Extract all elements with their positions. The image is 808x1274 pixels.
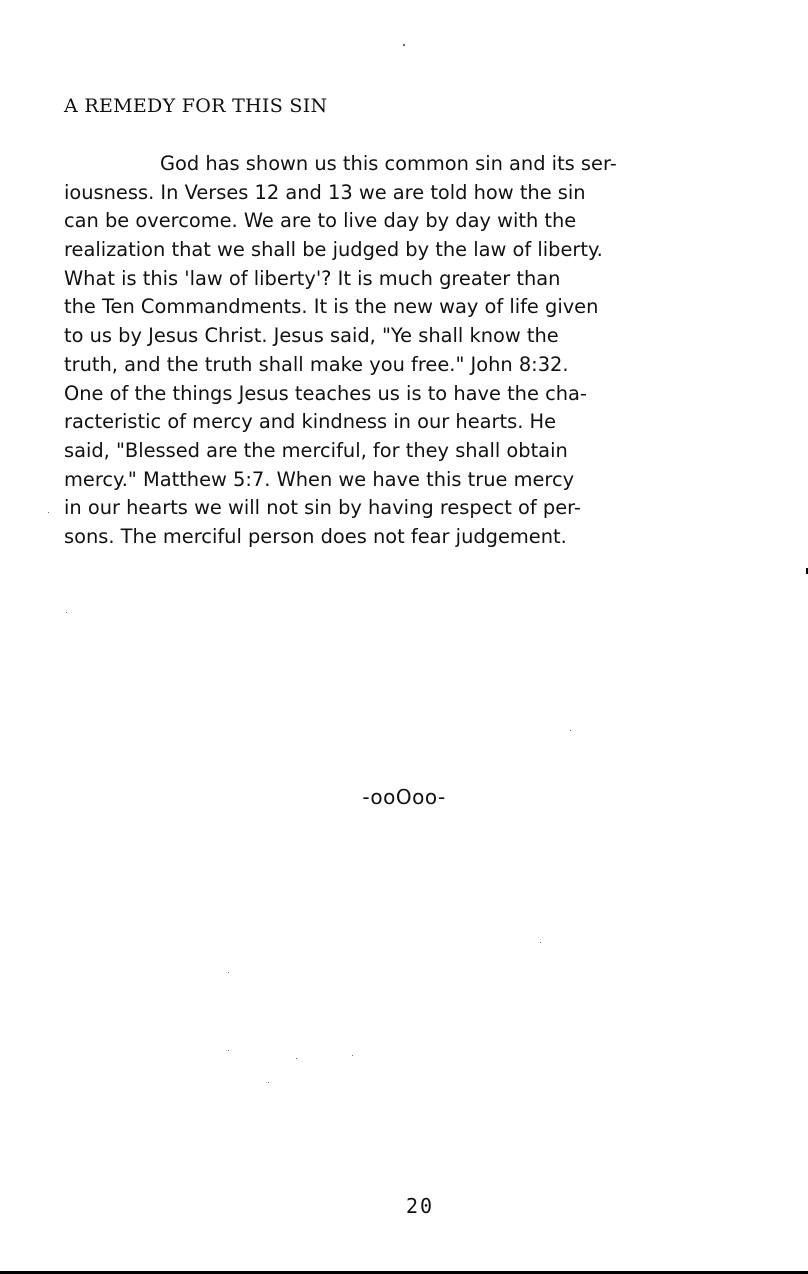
section-heading: A REMEDY FOR THIS SIN (64, 95, 327, 117)
body-line: the Ten Commandments. It is the new way … (64, 293, 754, 322)
body-line: sons. The merciful person does not fear … (64, 523, 754, 552)
body-line: said, "Blessed are the merciful, for the… (64, 437, 754, 466)
body-line: can be overcome. We are to live day by d… (64, 207, 754, 236)
body-line: realization that we shall be judged by t… (64, 236, 754, 265)
body-line: One of the things Jesus teaches us is to… (64, 380, 754, 409)
scan-speck (228, 972, 229, 973)
scan-speck (570, 730, 571, 731)
document-page: A REMEDY FOR THIS SIN God has shown us t… (0, 0, 808, 1274)
scan-speck (268, 1082, 269, 1083)
body-line: truth, and the truth shall make you free… (64, 351, 754, 380)
scan-speck (352, 1055, 353, 1056)
body-line: God has shown us this common sin and its… (64, 150, 754, 179)
page-number: 20 (0, 1194, 808, 1218)
body-line: What is this 'law of liberty'? It is muc… (64, 265, 754, 294)
section-separator: -ooOoo- (0, 785, 808, 809)
scan-speck (403, 44, 405, 46)
body-line: to us by Jesus Christ. Jesus said, "Ye s… (64, 322, 754, 351)
body-line: racteristic of mercy and kindness in our… (64, 408, 754, 437)
body-line: mercy." Matthew 5:7. When we have this t… (64, 466, 754, 495)
scan-speck (296, 1058, 297, 1059)
scan-speck (66, 612, 67, 613)
scan-speck (540, 942, 541, 943)
body-paragraph: God has shown us this common sin and its… (64, 150, 754, 552)
scan-speck (228, 1050, 229, 1051)
body-line: in our hearts we will not sin by having … (64, 494, 754, 523)
body-line: iousness. In Verses 12 and 13 we are tol… (64, 179, 754, 208)
scan-speck (48, 512, 49, 513)
